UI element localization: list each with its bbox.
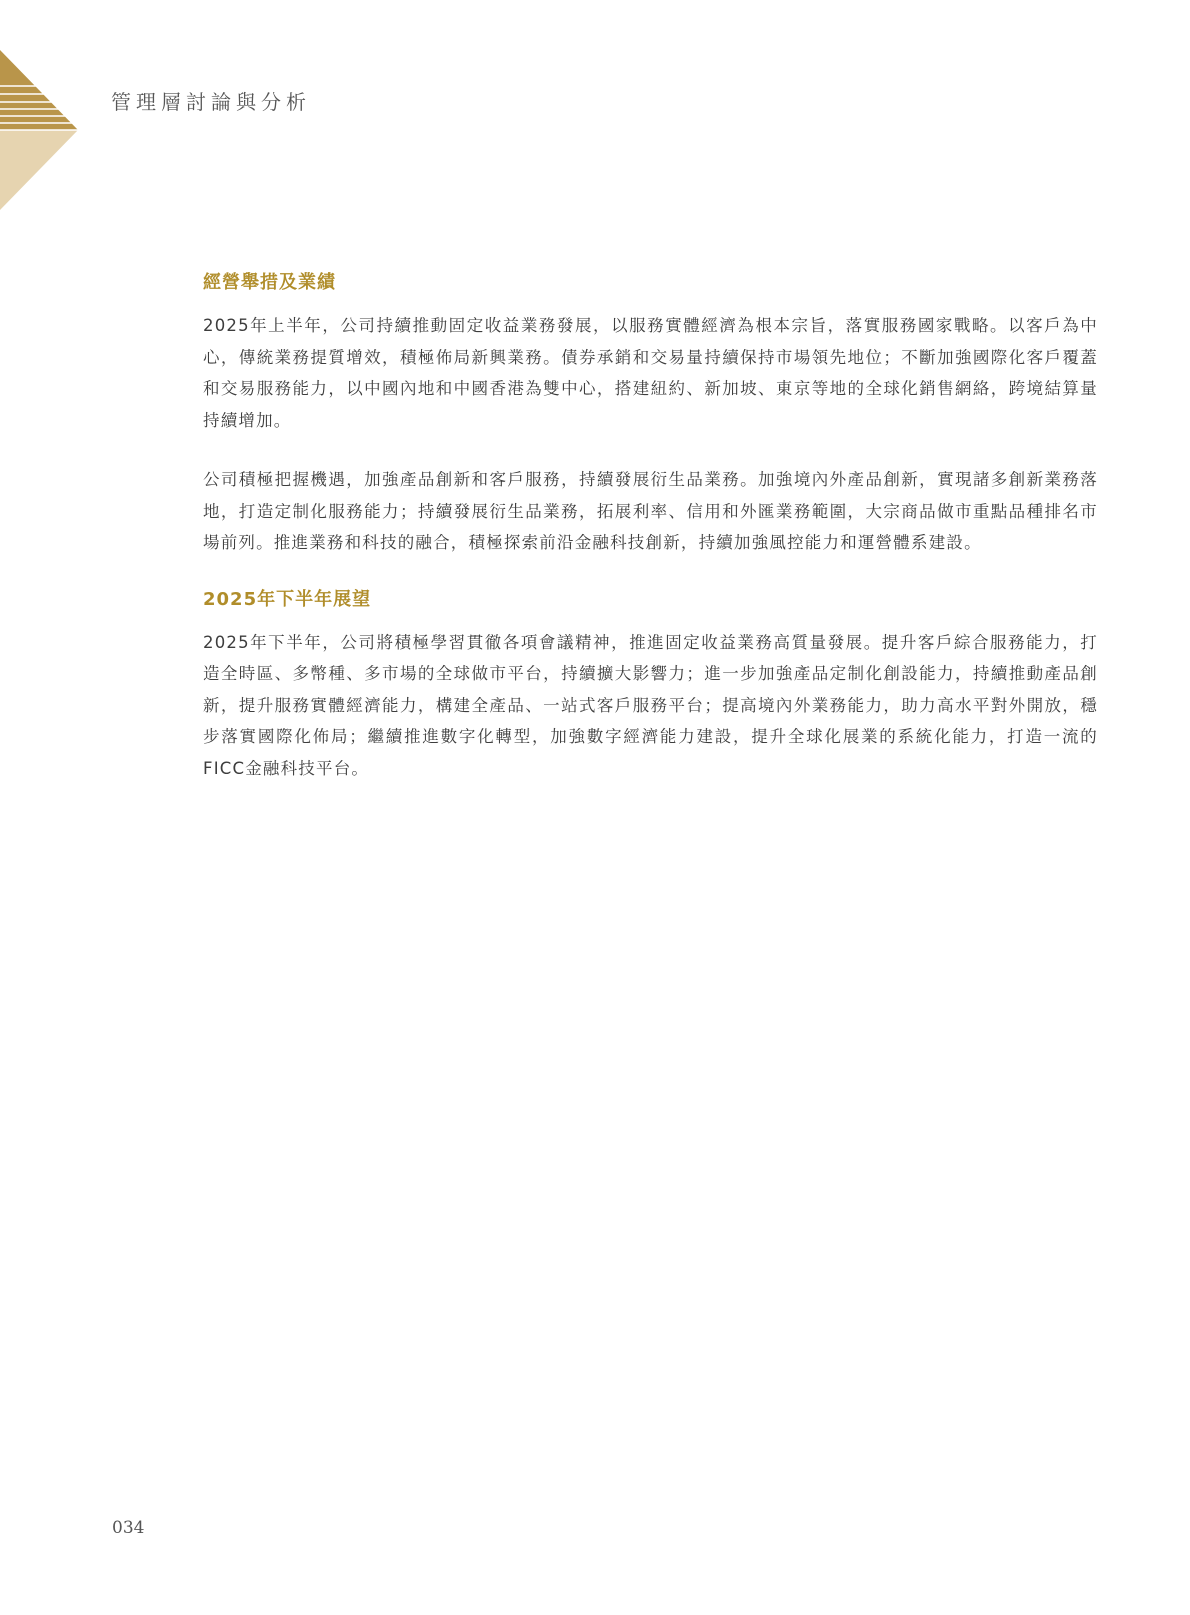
section-outlook: 2025年下半年展望 2025年下半年，公司將積極學習貫徹各項會議精神，推進固定… <box>203 587 1098 785</box>
page-number: 034 <box>112 1518 144 1538</box>
main-content: 經營舉措及業績 2025年上半年，公司持續推動固定收益業務發展，以服務實體經濟為… <box>203 270 1098 812</box>
corner-triangle-decoration <box>0 50 80 210</box>
section-operations: 經營舉措及業績 2025年上半年，公司持續推動固定收益業務發展，以服務實體經濟為… <box>203 270 1098 559</box>
section-heading: 2025年下半年展望 <box>203 587 1098 613</box>
paragraph: 2025年上半年，公司持續推動固定收益業務發展，以服務實體經濟為根本宗旨，落實服… <box>203 310 1098 436</box>
page-header-title: 管理層討論與分析 <box>111 86 311 115</box>
paragraph: 公司積極把握機遇，加強產品創新和客戶服務，持續發展衍生品業務。加強境內外產品創新… <box>203 464 1098 559</box>
paragraph: 2025年下半年，公司將積極學習貫徹各項會議精神，推進固定收益業務高質量發展。提… <box>203 627 1098 785</box>
section-heading: 經營舉措及業績 <box>203 270 1098 296</box>
